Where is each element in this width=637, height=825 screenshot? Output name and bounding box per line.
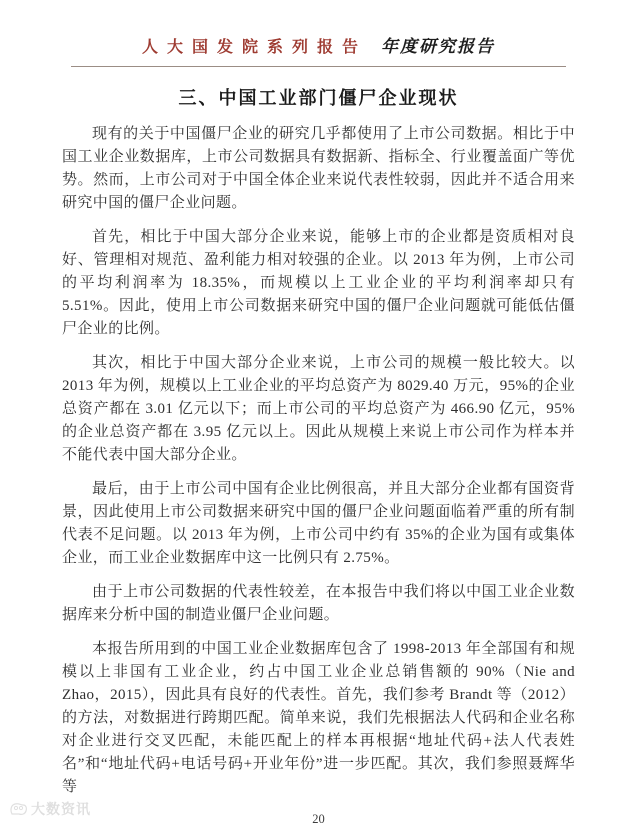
page-number: 20: [0, 812, 637, 825]
body-paragraph: 本报告所用到的中国工业企业数据库包含了 1998-2013 年全部国有和规模以上…: [62, 638, 575, 799]
body-text: 现有的关于中国僵尸企业的研究几乎都使用了上市公司数据。相比于中国工业企业数据库，…: [62, 123, 575, 799]
watermark: 大数资讯: [10, 799, 91, 819]
body-paragraph: 其次，相比于中国大部分企业来说，上市公司的规模一般比较大。以 2013 年为例，…: [62, 352, 575, 467]
watermark-text: 大数资讯: [31, 799, 91, 819]
annual-report-title: 年度研究报告: [381, 37, 495, 57]
section-title: 三、中国工业部门僵尸企业现状: [0, 84, 637, 110]
document-page: 人大国发院系列报告 年度研究报告 三、中国工业部门僵尸企业现状 现有的关于中国僵…: [0, 0, 637, 825]
body-paragraph: 最后，由于上市公司中国有企业比例很高，并且大部分企业都有国资背景，因此使用上市公…: [62, 478, 575, 570]
body-paragraph: 首先，相比于中国大部分企业来说，能够上市的企业都是资质相对良好、管理相对规范、盈…: [62, 226, 575, 341]
series-title: 人大国发院系列报告: [142, 39, 367, 56]
body-paragraph: 现有的关于中国僵尸企业的研究几乎都使用了上市公司数据。相比于中国工业企业数据库，…: [62, 123, 575, 215]
report-header: 人大国发院系列报告 年度研究报告: [71, 32, 566, 67]
watermark-logo-icon: [10, 802, 28, 816]
body-paragraph: 由于上市公司数据的代表性较差，在本报告中我们将以中国工业企业数据库来分析中国的制…: [62, 581, 575, 627]
